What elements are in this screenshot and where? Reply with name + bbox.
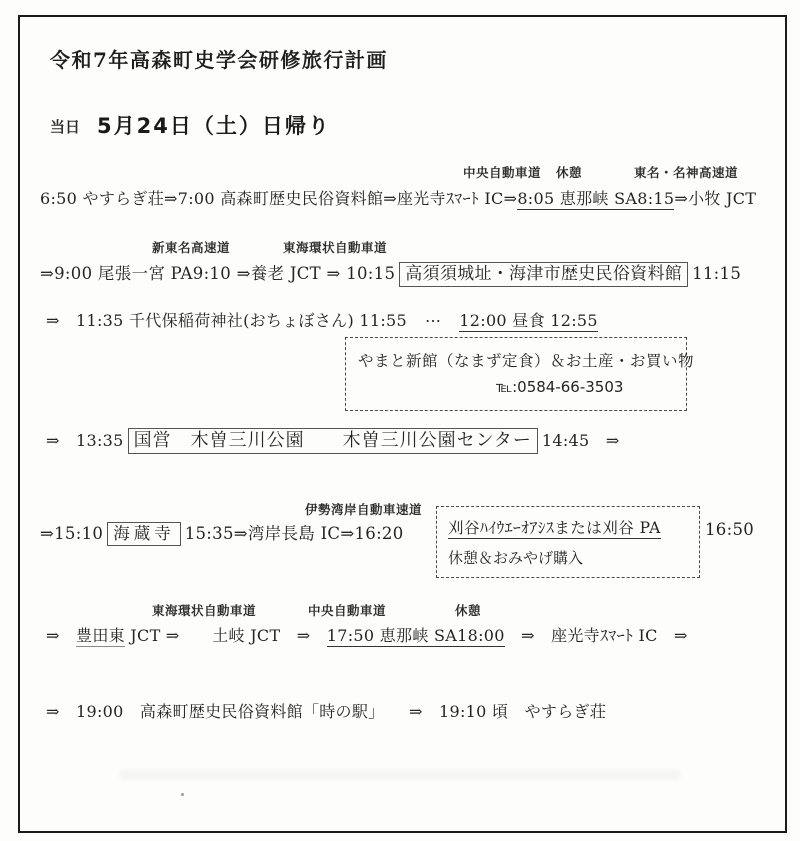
day-label: 当日 — [50, 116, 80, 137]
leg4-park-box: 国営 木曽三川公園 木曽三川公園センター — [128, 428, 538, 454]
itinerary-leg-3: ⇒ 11:35 千代保稲荷神社(おちょぼさん) 11:55⋯12:00 昼食 1… — [46, 308, 598, 331]
leg5-mid: 15:35⇒湾岸長島 IC⇒16:20 — [185, 524, 404, 543]
road-label-tomei-meishin: 東名・名神高速道 — [634, 163, 738, 181]
itinerary-leg-5: ⇒15:10海蔵寺15:35⇒湾岸長島 IC⇒16:20 — [40, 520, 404, 544]
leg6-arrow: ⇒ — [46, 626, 76, 645]
leg2-start: ⇒9:00 尾張一宮 PA9:10 ⇒養老 JCT ⇒ 10:15 — [40, 264, 395, 283]
kariya-option-text: 刈谷ﾊｲｳｴｰｵｱｼｽまたは刈谷 PA — [448, 519, 661, 539]
leg2-destination-box: 高須須城址・海津市歴史民俗資料館 — [399, 262, 688, 287]
leg5-end-time: 16:50 — [705, 520, 754, 539]
road-label-shintomei: 新東名高速道 — [152, 238, 230, 256]
scanned-itinerary-page: 令和7年高森町史学会研修旅行計画 当日 5月24日（土）日帰り 中央自動車道 休… — [0, 0, 800, 841]
itinerary-leg-7: ⇒ 19:00 高森町歴史民俗資料館「時の駅」 ⇒ 19:10 頃 やすらぎ荘 — [46, 699, 606, 722]
leg5-start: ⇒15:10 — [40, 524, 103, 543]
leg6-rest-stop-underlined: 17:50 恵那峡 SA18:00 — [327, 626, 505, 647]
leg3-ellipsis: ⋯ — [425, 311, 441, 330]
leg6-end: ⇒ 座光寺ｽﾏｰﾄ IC ⇒ — [505, 626, 688, 645]
lunch-venue: やまと新館（なまず定食）＆お土産・お買い物 — [358, 349, 694, 371]
leg4-end: 14:45 ⇒ — [542, 431, 620, 450]
lunch-detail-box: やまと新館（なまず定食）＆お土産・お買い物 ℡:0584-66-3503 — [345, 337, 687, 411]
rest-label: 休憩 — [556, 163, 582, 181]
itinerary-leg-6: ⇒ 豊田東 JCT ⇒ 土岐 JCT ⇒ 17:50 恵那峡 SA18:00 ⇒… — [46, 623, 688, 646]
road-label-isewangan: 伊勢湾岸自動車速道 — [305, 500, 422, 518]
leg5-temple-box: 海蔵寺 — [107, 522, 181, 546]
kariya-activity: 休憩＆おみやげ購入 — [448, 547, 583, 568]
road-label-chuo-2: 中央自動車道 — [308, 601, 386, 619]
leg6-toyota-higashi: 豊田東 — [76, 626, 125, 647]
leg1-start: 6:50 やすらぎ荘⇒7:00 高森町歴史民俗資料館⇒座光寺ｽﾏｰﾄ IC⇒ — [40, 189, 517, 208]
itinerary-leg-4: ⇒ 13:35国営 木曽三川公園 木曽三川公園センター14:45 ⇒ — [46, 426, 620, 452]
leg1-rest-stop-underlined: 8:05 恵那峡 SA8:15 — [517, 189, 674, 210]
kariya-option-underlined: 刈谷ﾊｲｳｴｰｵｱｼｽまたは刈谷 PA — [448, 516, 661, 538]
kariya-rest-box: 刈谷ﾊｲｳｴｰｵｱｼｽまたは刈谷 PA 休憩＆おみやげ購入 — [436, 506, 700, 578]
leg2-end: 11:15 — [692, 264, 741, 283]
leg6-mid: JCT ⇒ 土岐 JCT ⇒ — [125, 626, 327, 645]
lunch-tel: ℡:0584-66-3503 — [496, 378, 623, 396]
itinerary-leg-1: 6:50 やすらぎ荘⇒7:00 高森町歴史民俗資料館⇒座光寺ｽﾏｰﾄ IC⇒8:… — [40, 186, 756, 209]
leg4-start: ⇒ 13:35 — [46, 431, 124, 450]
road-label-tokaikanjo: 東海環状自動車道 — [283, 238, 387, 256]
scan-artifact-smudge — [120, 770, 680, 780]
leg1-end: ⇒小牧 JCT — [674, 189, 756, 208]
rest-label-2: 休憩 — [455, 601, 481, 619]
trip-date: 5月24日（土）日帰り — [97, 110, 331, 140]
itinerary-leg-2: ⇒9:00 尾張一宮 PA9:10 ⇒養老 JCT ⇒ 10:15高須須城址・海… — [40, 259, 741, 284]
road-label-tokaikanjo-2: 東海環状自動車道 — [152, 601, 256, 619]
road-label-chuo-expressway: 中央自動車道 — [463, 163, 541, 181]
document-title: 令和7年高森町史学会研修旅行計画 — [50, 44, 388, 73]
scan-artifact-dot — [181, 793, 184, 796]
leg3-start: ⇒ 11:35 千代保稲荷神社(おちょぼさん) 11:55 — [46, 311, 407, 330]
leg3-lunch-underlined: 12:00 昼食 12:55 — [459, 311, 598, 332]
